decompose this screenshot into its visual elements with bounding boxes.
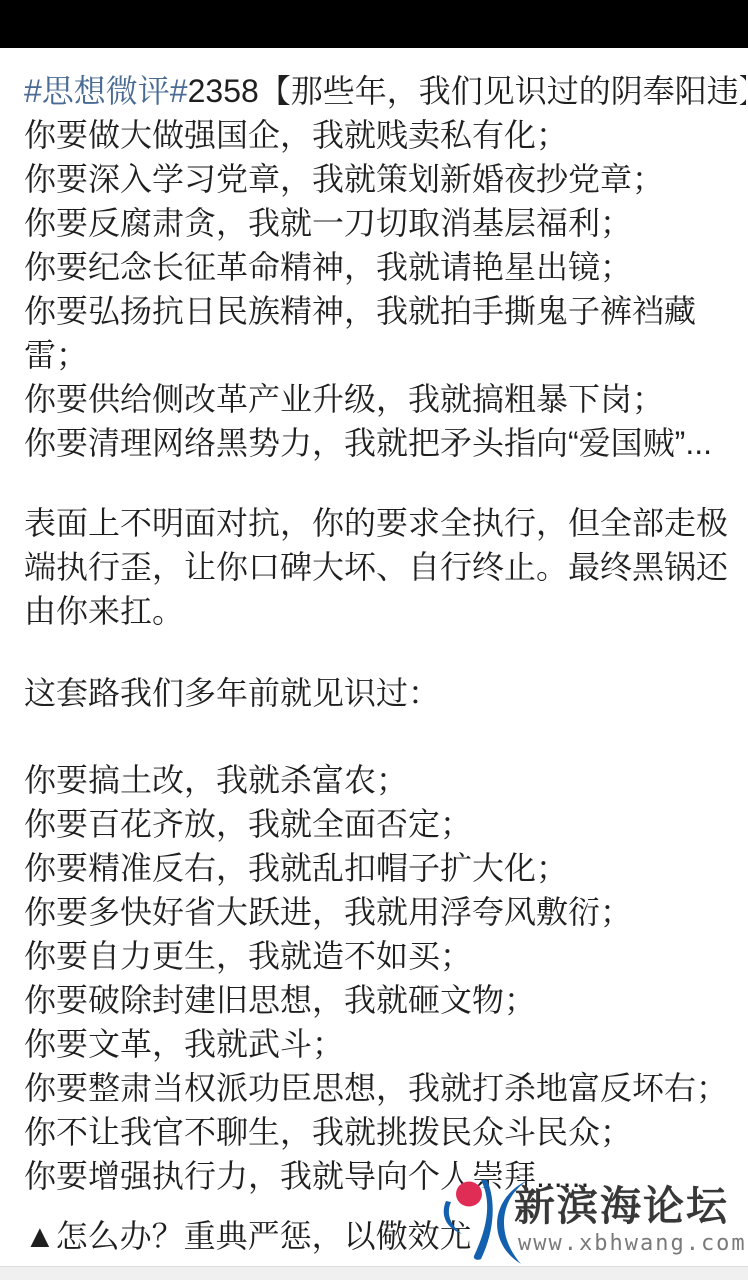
text-line: 你要破除封建旧思想，我就砸文物； xyxy=(24,978,746,1022)
text-line: 你要自力更生，我就造不如买； xyxy=(24,934,746,978)
lead-in-line: 这套路我们多年前就见识过： xyxy=(24,671,746,715)
text-line: 你要供给侧改革产业升级，我就搞粗暴下岗； xyxy=(24,377,746,421)
text-line: 你要精准反右，我就乱扣帽子扩大化； xyxy=(24,846,746,890)
section-examples-modern: 你要做大做强国企，我就贱卖私有化；你要深入学习党章，我就策划新婚夜抄党章；你要反… xyxy=(24,113,746,465)
text-line: 你要多快好省大跃进，我就用浮夸风敷衍； xyxy=(24,890,746,934)
section-examples-historic: 你要搞土改，我就杀富农；你要百花齐放，我就全面否定；你要精准反右，我就乱扣帽子扩… xyxy=(24,758,746,1198)
post-title-text: 2358【那些年，我们见识过的阴奉阳违】 xyxy=(188,73,746,109)
text-line: 你要深入学习党章，我就策划新婚夜抄党章； xyxy=(24,157,746,201)
text-line: 你要做大做强国企，我就贱卖私有化； xyxy=(24,113,746,157)
status-bar xyxy=(0,0,748,48)
hashtag-link[interactable]: #思想微评# xyxy=(24,73,188,109)
text-line: 你要纪念长征革命精神，我就请艳星出镜； xyxy=(24,245,746,289)
watermark-site-name: 新滨海论坛 xyxy=(514,1184,729,1228)
text-line: 你要清理网络黑势力，我就把矛头指向“爱国贼”... xyxy=(24,421,746,465)
text-line: 你要搞土改，我就杀富农； xyxy=(24,758,746,802)
text-line: 你要文革，我就武斗； xyxy=(24,1022,746,1066)
text-line: 你要整肃当权派功臣思想，我就打杀地富反坏右； xyxy=(24,1066,746,1110)
bottom-strip xyxy=(0,1266,748,1280)
post-body: #思想微评#2358【那些年，我们见识过的阴奉阳违】 你要做大做强国企，我就贱卖… xyxy=(0,48,748,1258)
watermark: 新滨海论坛 www.xbhwang.com xyxy=(440,1172,748,1268)
text-line: 你要弘扬抗日民族精神，我就拍手撕鬼子裤裆藏雷； xyxy=(24,289,746,377)
watermark-site-url: www.xbhwang.com xyxy=(518,1231,747,1256)
text-line: 你要反腐肃贪，我就一刀切取消基层福利； xyxy=(24,201,746,245)
text-line: 你不让我官不聊生，我就挑拨民众斗民众； xyxy=(24,1110,746,1154)
text-line: 你要百花齐放，我就全面否定； xyxy=(24,802,746,846)
post-title: #思想微评#2358【那些年，我们见识过的阴奉阳违】 xyxy=(24,69,746,113)
summary-paragraph: 表面上不明面对抗，你的要求全执行，但全部走极端执行歪，让你口碑大坏、自行终止。最… xyxy=(24,501,746,633)
